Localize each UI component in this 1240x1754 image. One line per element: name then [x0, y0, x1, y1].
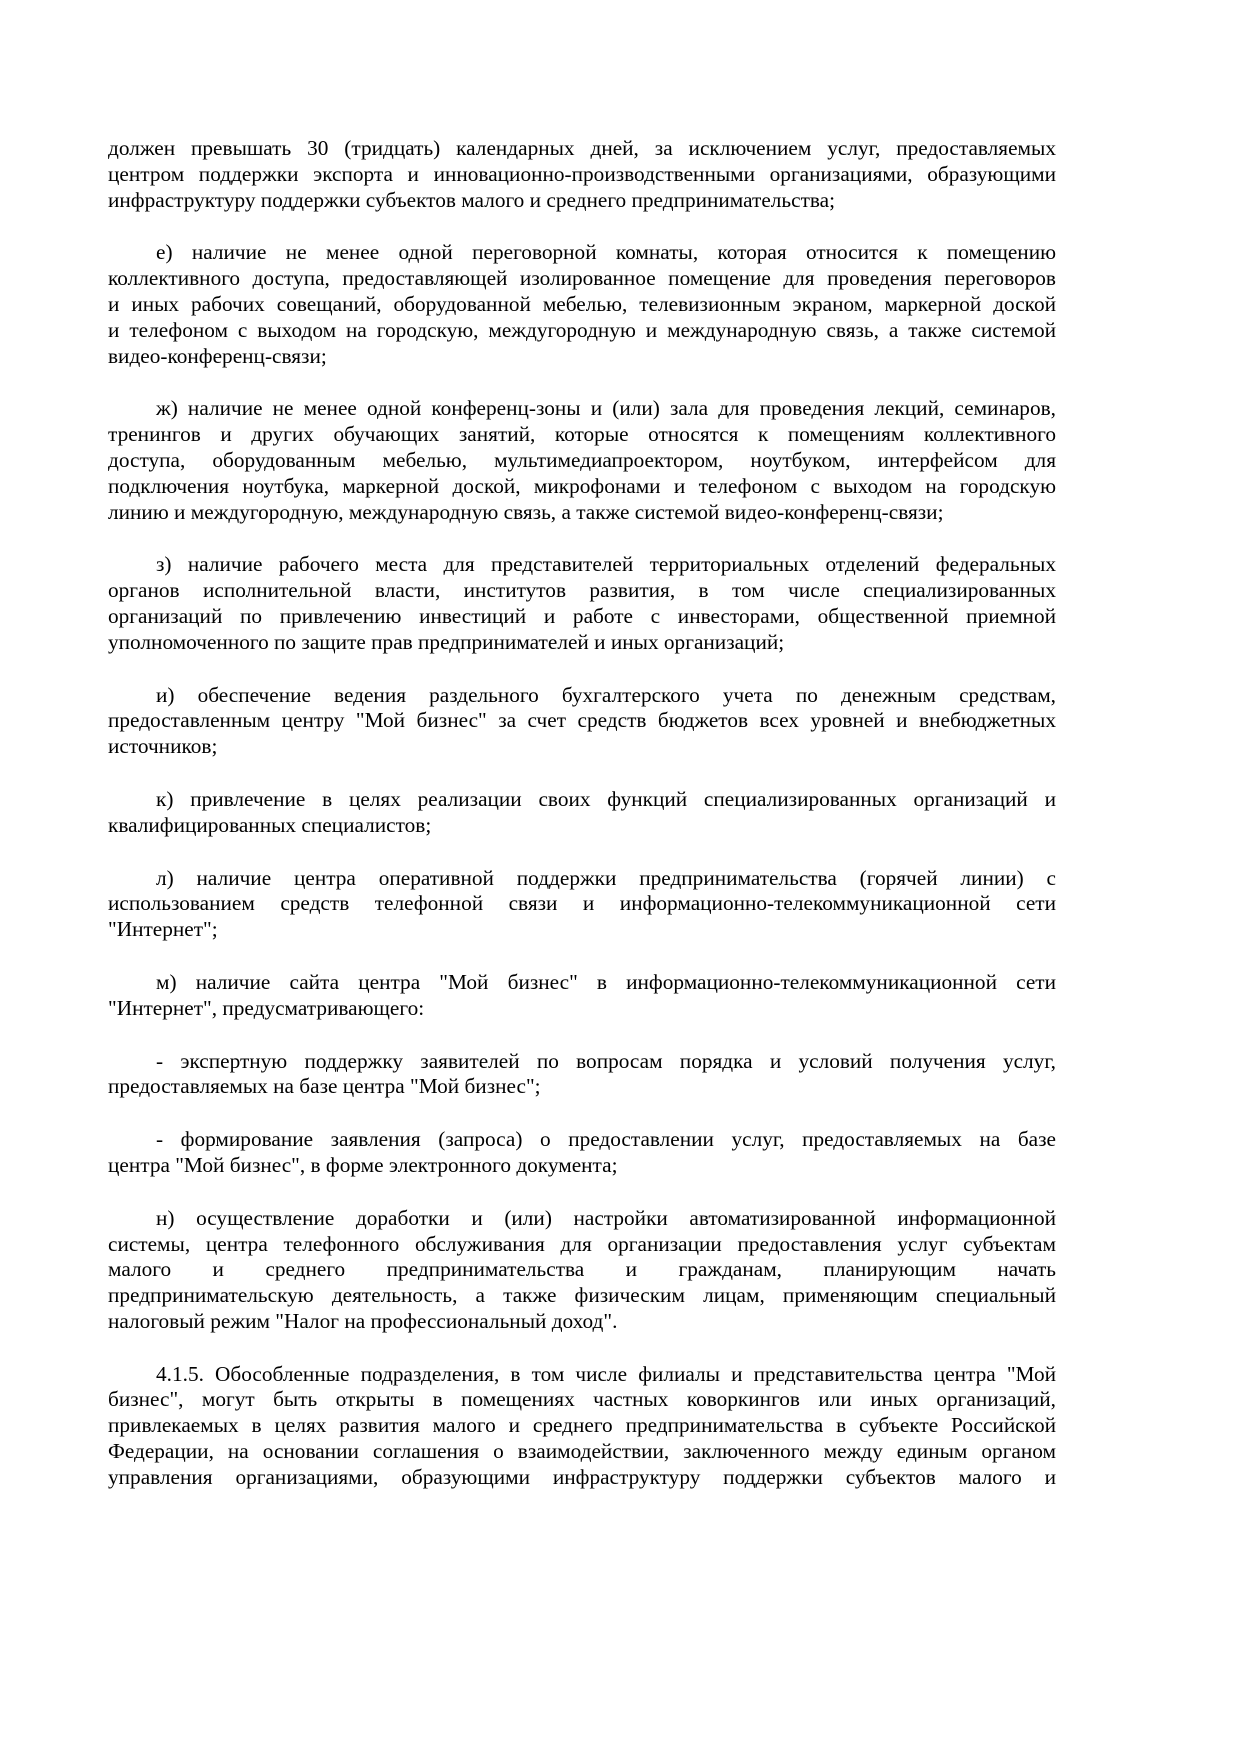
text-line: уполномоченного по защите прав предприни…	[108, 630, 1056, 656]
text-line: должен превышать 30 (тридцать) календарн…	[108, 136, 1056, 162]
text-line: "Интернет", предусматривающего:	[108, 996, 1056, 1022]
text-line: центром поддержки экспорта и инновационн…	[108, 162, 1056, 188]
paragraph-continuation: должен превышать 30 (тридцать) календарн…	[108, 136, 1056, 213]
text-line: подключения ноутбука, маркерной доской, …	[108, 474, 1056, 500]
paragraph-item-k: к) привлечение в целях реализации своих …	[108, 787, 1056, 839]
paragraph-item-i: и) обеспечение ведения раздельного бухга…	[108, 683, 1056, 760]
text-line: з) наличие рабочего места для представит…	[108, 552, 1056, 578]
paragraph-item-m-dash-2: - формирование заявления (запроса) о пре…	[108, 1127, 1056, 1179]
text-line: предоставленным центру "Мой бизнес" за с…	[108, 708, 1056, 734]
paragraph-item-e: е) наличие не менее одной переговорной к…	[108, 240, 1056, 369]
text-line: и иных рабочих совещаний, оборудованной …	[108, 292, 1056, 318]
text-line: управления организациями, образующими ин…	[108, 1465, 1056, 1491]
paragraph-item-m-dash-1: - экспертную поддержку заявителей по воп…	[108, 1049, 1056, 1101]
paragraph-item-n: н) осуществление доработки и (или) настр…	[108, 1206, 1056, 1335]
text-line: использованием средств телефонной связи …	[108, 891, 1056, 917]
text-line: 4.1.5. Обособленные подразделения, в том…	[108, 1362, 1056, 1388]
text-line: источников;	[108, 734, 1056, 760]
text-line: ж) наличие не менее одной конференц-зоны…	[108, 396, 1056, 422]
text-line: линию и междугородную, международную свя…	[108, 500, 1056, 526]
text-line: л) наличие центра оперативной поддержки …	[108, 866, 1056, 892]
paragraph-item-z: з) наличие рабочего места для представит…	[108, 552, 1056, 655]
paragraph-clause-4-1-5: 4.1.5. Обособленные подразделения, в том…	[108, 1362, 1056, 1491]
text-line: видео-конференц-связи;	[108, 344, 1056, 370]
text-line: квалифицированных специалистов;	[108, 813, 1056, 839]
text-line: органов исполнительной власти, институто…	[108, 578, 1056, 604]
text-line: доступа, оборудованным мебелью, мультиме…	[108, 448, 1056, 474]
text-line: е) наличие не менее одной переговорной к…	[108, 240, 1056, 266]
text-line: и) обеспечение ведения раздельного бухга…	[108, 683, 1056, 709]
text-line: бизнес", могут быть открыты в помещениях…	[108, 1387, 1056, 1413]
paragraph-item-m: м) наличие сайта центра "Мой бизнес" в и…	[108, 970, 1056, 1022]
text-line: инфраструктуру поддержки субъектов малог…	[108, 188, 1056, 214]
text-line: привлекаемых в целях развития малого и с…	[108, 1413, 1056, 1439]
text-line: предпринимательскую деятельность, а такж…	[108, 1283, 1056, 1309]
document-page: должен превышать 30 (тридцать) календарн…	[108, 136, 1056, 1518]
text-line: к) привлечение в целях реализации своих …	[108, 787, 1056, 813]
text-line: организаций по привлечению инвестиций и …	[108, 604, 1056, 630]
text-line: налоговый режим "Налог на профессиональн…	[108, 1309, 1056, 1335]
text-line: коллективного доступа, предоставляющей и…	[108, 266, 1056, 292]
text-line: м) наличие сайта центра "Мой бизнес" в и…	[108, 970, 1056, 996]
text-line: Федерации, на основании соглашения о вза…	[108, 1439, 1056, 1465]
text-line: малого и среднего предпринимательства и …	[108, 1257, 1056, 1283]
text-line: н) осуществление доработки и (или) настр…	[108, 1206, 1056, 1232]
text-line: "Интернет";	[108, 917, 1056, 943]
text-line: тренингов и других обучающих занятий, ко…	[108, 422, 1056, 448]
paragraph-item-l: л) наличие центра оперативной поддержки …	[108, 866, 1056, 943]
paragraph-item-zh: ж) наличие не менее одной конференц-зоны…	[108, 396, 1056, 525]
text-line: предоставляемых на базе центра "Мой бизн…	[108, 1074, 1056, 1100]
text-line: центра "Мой бизнес", в форме электронног…	[108, 1153, 1056, 1179]
text-line: - формирование заявления (запроса) о пре…	[108, 1127, 1056, 1153]
text-line: системы, центра телефонного обслуживания…	[108, 1232, 1056, 1258]
text-line: и телефоном с выходом на городскую, межд…	[108, 318, 1056, 344]
text-line: - экспертную поддержку заявителей по воп…	[108, 1049, 1056, 1075]
